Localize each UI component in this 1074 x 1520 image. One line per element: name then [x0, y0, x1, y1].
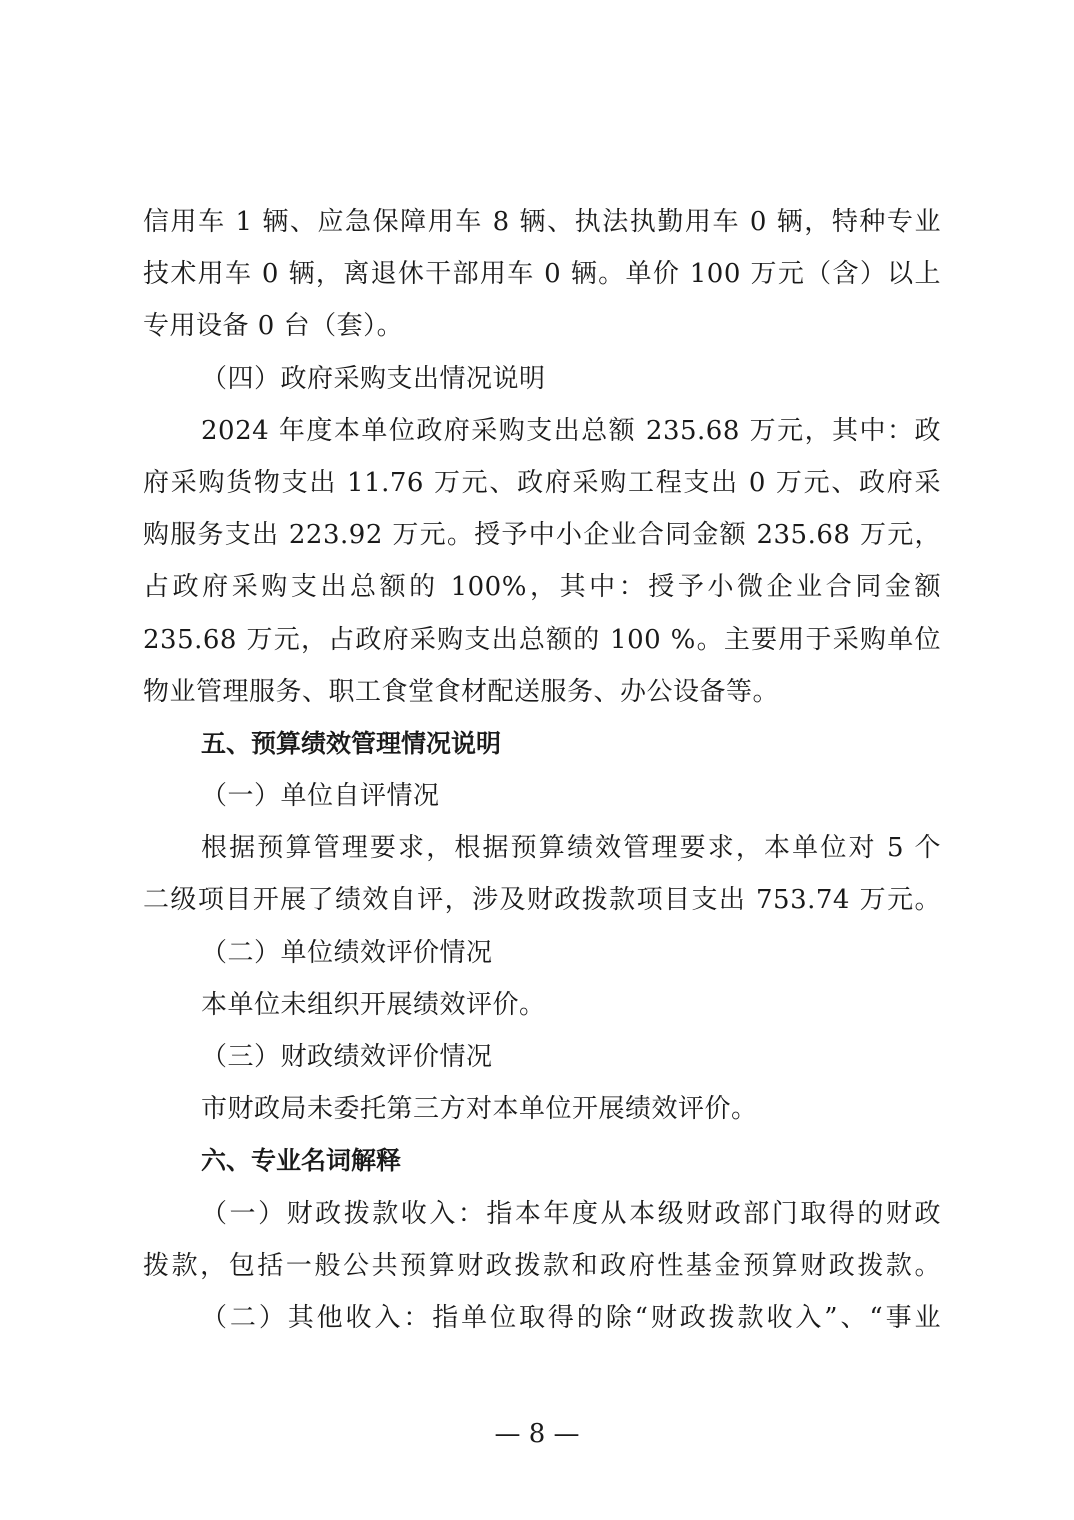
- paragraph-line: （二）其他收入：指单位取得的除“财政拨款收入”、“事业: [143, 1292, 941, 1344]
- paragraph-line: 购服务支出 223.92 万元。授予中小企业合同金额 235.68 万元，: [143, 509, 941, 561]
- paragraph-line: 府采购货物支出 11.76 万元、政府采购工程支出 0 万元、政府采: [143, 457, 941, 509]
- section-heading-finance-evaluation: （三）财政绩效评价情况: [143, 1031, 941, 1083]
- paragraph-line: 本单位未组织开展绩效评价。: [143, 979, 941, 1031]
- paragraph-line: 占政府采购支出总额的 100%，其中：授予小微企业合同金额: [143, 561, 941, 613]
- chapter-heading-performance: 五、预算绩效管理情况说明: [143, 718, 941, 770]
- paragraph-line: （一）财政拨款收入：指本年度从本级财政部门取得的财政: [143, 1188, 941, 1240]
- chapter-heading-glossary: 六、专业名词解释: [143, 1135, 941, 1187]
- paragraph-line: 二级项目开展了绩效自评，涉及财政拨款项目支出 753.74 万元。: [143, 874, 941, 926]
- section-heading-procurement: （四）政府采购支出情况说明: [143, 353, 941, 405]
- paragraph-line: 市财政局未委托第三方对本单位开展绩效评价。: [143, 1083, 941, 1135]
- paragraph-line: 2024 年度本单位政府采购支出总额 235.68 万元，其中：政: [143, 405, 941, 457]
- document-page: 信用车 1 辆、应急保障用车 8 辆、执法执勤用车 0 辆，特种专业 技术用车 …: [143, 196, 941, 1344]
- paragraph-line: 拨款，包括一般公共预算财政拨款和政府性基金预算财政拨款。: [143, 1240, 941, 1292]
- paragraph-line: 技术用车 0 辆，离退休干部用车 0 辆。单价 100 万元（含）以上: [143, 248, 941, 300]
- paragraph-line: 信用车 1 辆、应急保障用车 8 辆、执法执勤用车 0 辆，特种专业: [143, 196, 941, 248]
- paragraph-line: 根据预算管理要求，根据预算绩效管理要求，本单位对 5 个: [143, 822, 941, 874]
- section-heading-self-evaluation: （一）单位自评情况: [143, 770, 941, 822]
- page-number: — 8 —: [0, 1414, 1074, 1454]
- paragraph-line: 专用设备 0 台（套）。: [143, 300, 941, 352]
- paragraph-line: 235.68 万元，占政府采购支出总额的 100 %。主要用于采购单位: [143, 614, 941, 666]
- section-heading-unit-evaluation: （二）单位绩效评价情况: [143, 927, 941, 979]
- paragraph-line: 物业管理服务、职工食堂食材配送服务、办公设备等。: [143, 666, 941, 718]
